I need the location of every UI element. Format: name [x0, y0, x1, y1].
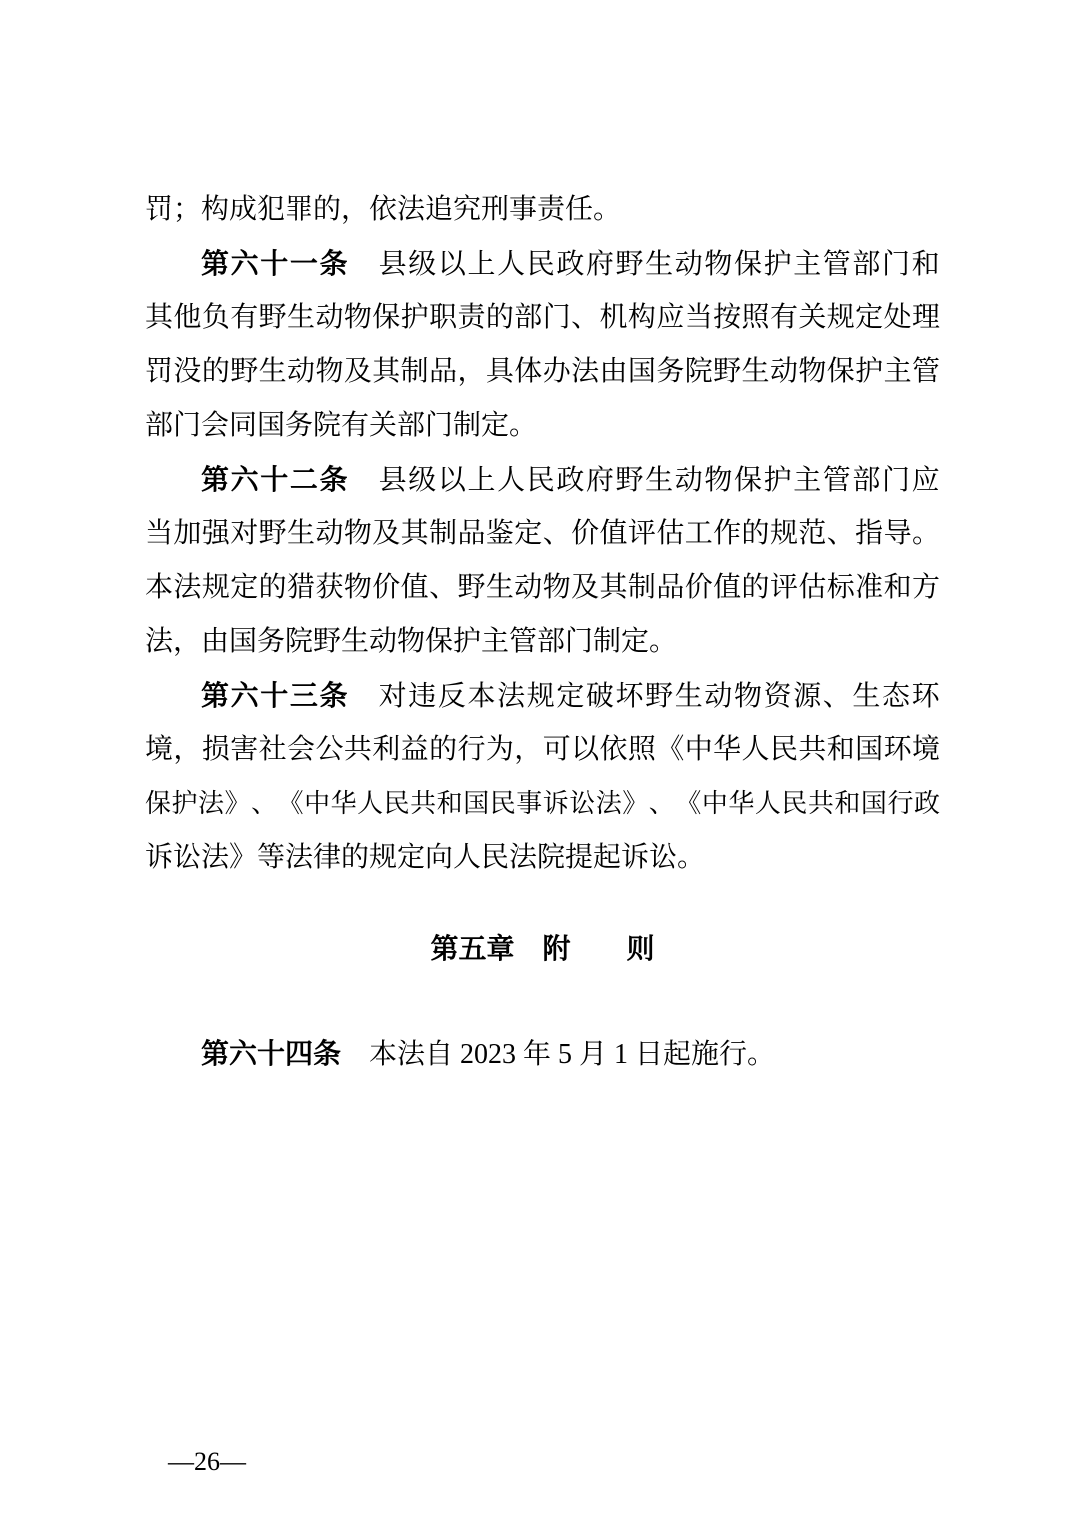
line-art60-continuation: 罚；构成犯罪的，依法追究刑事责任。: [145, 183, 940, 237]
page-number: —26—: [168, 1446, 246, 1478]
line-art64: 第六十四条 本法自 2023 年 5 月 1 日起施行。: [145, 1027, 940, 1081]
line-art62-2: 当加强对野生动物及其制品鉴定、价值评估工作的规范、指导。: [145, 507, 940, 561]
line-art62-1: 第六十二条 县级以上人民政府野生动物保护主管部门应: [145, 453, 940, 507]
line-art61-4: 部门会同国务院有关部门制定。: [145, 399, 940, 453]
line-art63-1: 第六十三条 对违反本法规定破坏野生动物资源、生态环: [145, 669, 940, 723]
document-page: 罚；构成犯罪的，依法追究刑事责任。第六十一条 县级以上人民政府野生动物保护主管部…: [0, 0, 1074, 1520]
line-art62-4: 法，由国务院野生动物保护主管部门制定。: [145, 615, 940, 669]
chapter-5-heading: 第五章 附 则: [145, 922, 940, 976]
line-art61-1: 第六十一条 县级以上人民政府野生动物保护主管部门和: [145, 237, 940, 291]
line-art61-3: 罚没的野生动物及其制品，具体办法由国务院野生动物保护主管: [145, 345, 940, 399]
line-art63-2: 境，损害社会公共利益的行为，可以依照《中华人民共和国环境: [145, 723, 940, 777]
line-art63-3: 保护法》、《中华人民共和国民事诉讼法》、《中华人民共和国行政: [145, 777, 940, 831]
line-art61-2: 其他负有野生动物保护职责的部门、机构应当按照有关规定处理: [145, 291, 940, 345]
text-content: 罚；构成犯罪的，依法追究刑事责任。第六十一条 县级以上人民政府野生动物保护主管部…: [145, 183, 940, 1081]
line-art62-3: 本法规定的猎获物价值、野生动物及其制品价值的评估标准和方: [145, 561, 940, 615]
line-art63-4: 诉讼法》等法律的规定向人民法院提起诉讼。: [145, 831, 940, 885]
